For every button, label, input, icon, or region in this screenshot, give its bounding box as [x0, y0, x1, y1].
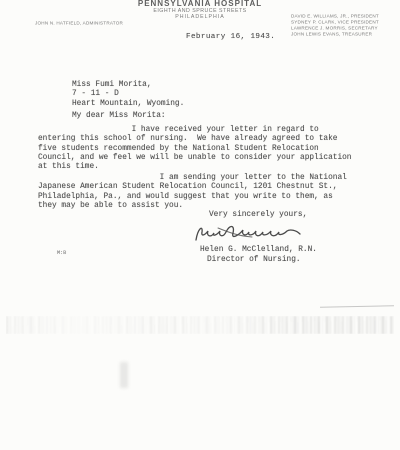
signer-typed-name: Helen G. McClelland, R.N. — [200, 246, 317, 254]
closing-phrase: Very sincerely yours, — [209, 211, 307, 219]
letter-page: PENNSYLVANIA HOSPITAL EIGHTH AND SPRUCE … — [0, 0, 400, 450]
salutation: My dear Miss Morita: — [72, 112, 166, 120]
handwritten-signature — [192, 220, 304, 248]
hospital-address-street: EIGHTH AND SPRUCE STREETS — [36, 8, 364, 14]
recipient-address: Miss Fumi Morita,7 - 11 - DHeart Mountai… — [72, 81, 184, 109]
officers-list: DAVID E. WILLIAMS, JR., PRESIDENTSYDNEY … — [291, 14, 379, 38]
scan-smudge — [120, 362, 128, 388]
hospital-name: PENNSYLVANIA HOSPITAL — [0, 0, 400, 8]
body-paragraph-1: I have received your letter in regard to… — [38, 126, 352, 172]
administrator-name: JOHN N. HATFIELD, ADMINISTRATOR — [35, 21, 123, 26]
typist-initials: M:B — [57, 250, 66, 256]
body-paragraph-2: I am sending your letter to the National… — [38, 174, 347, 211]
scan-artifact-line — [320, 305, 394, 308]
scan-bleedthrough-noise — [6, 316, 394, 334]
letter-date: February 16, 1943. — [186, 33, 275, 41]
signer-title: Director of Nursing. — [207, 256, 301, 264]
